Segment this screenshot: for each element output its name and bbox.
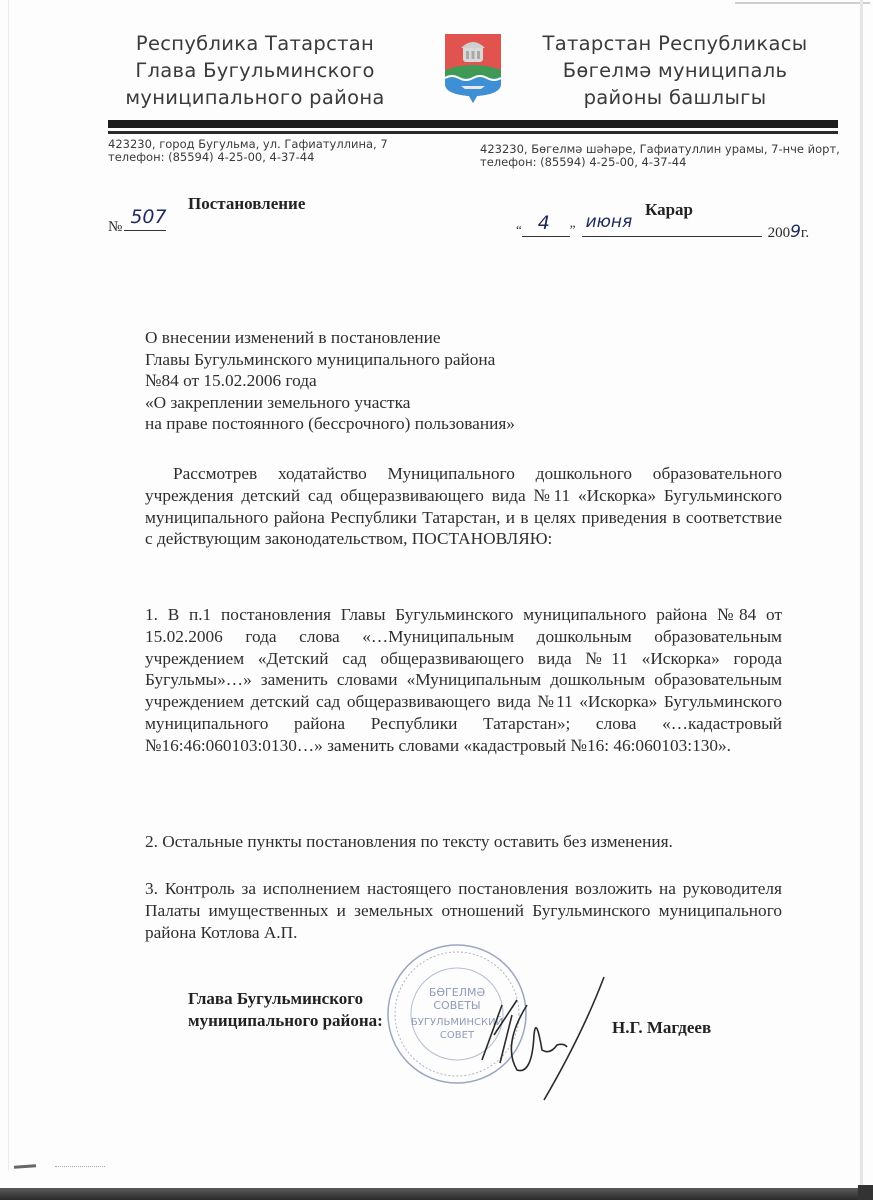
scan-border-right [860, 0, 863, 1190]
signatory-name: Н.Г. Магдеев [612, 1018, 711, 1038]
year-printed: 200 [768, 225, 791, 241]
letterhead-line: муниципального района [110, 84, 400, 111]
seal-text-line: СОВЕТ [440, 1030, 475, 1041]
clause-1: 1. В п.1 постановления Главы Бугульминск… [145, 604, 782, 757]
address-line: 423230, город Бугульма, ул. Гафиатуллина… [108, 138, 388, 151]
signatory-title-line: Глава Бугульминского [188, 988, 383, 1010]
letterhead-line: Бөгелмә муниципаль [525, 57, 825, 84]
letterhead-line: Глава Бугульминского [110, 57, 400, 84]
address-tatar: 423230, Бөгелмә шәһәре, Гафиатуллин урам… [480, 143, 840, 168]
document-number: №507 [108, 214, 166, 236]
day-field: 4 [522, 222, 570, 237]
address-russian: 423230, город Бугульма, ул. Гафиатуллина… [108, 138, 388, 163]
letterhead-russian: Республика Татарстан Глава Бугульминског… [110, 30, 400, 111]
address-line: 423230, Бөгелмә шәһәре, Гафиатуллин урам… [480, 143, 840, 156]
resolution-title: О внесении изменений в постановление Гла… [145, 327, 515, 435]
scan-corner [858, 1185, 873, 1200]
document-type-tatar: Карар [645, 200, 693, 220]
month-handwritten: июня [586, 212, 633, 232]
header-rule-thin [108, 131, 838, 134]
letterhead-line: районы башлыгы [525, 84, 825, 111]
coat-of-arms-icon [443, 32, 503, 104]
number-sign: № [108, 219, 122, 235]
number-field: 507 [124, 214, 166, 231]
year-handwritten: 9 [790, 222, 801, 242]
scan-artifact [14, 1164, 36, 1169]
title-line: Главы Бугульминского муниципального райо… [145, 349, 515, 371]
title-line: «О закреплении земельного участка [145, 392, 515, 414]
clause-2: 2. Остальные пункты постановления по тек… [145, 831, 782, 853]
signatory-title-line: муниципального района: [188, 1010, 383, 1032]
number-handwritten: 507 [130, 206, 166, 228]
year-suffix: г. [801, 225, 809, 241]
title-line: на праве постоянного (бессрочного) польз… [145, 413, 515, 435]
title-line: О внесении изменений в постановление [145, 327, 515, 349]
clause-3: 3. Контроль за исполнением настоящего по… [145, 878, 782, 943]
signatory-title: Глава Бугульминского муниципального райо… [188, 988, 383, 1031]
scan-bottom-edge [0, 1188, 873, 1200]
address-line: телефон: (85594) 4-25-00, 4-37-44 [480, 156, 840, 169]
handwritten-signature-icon [472, 975, 612, 1105]
letterhead-line: Татарстан Республикасы [525, 30, 825, 57]
document-type-russian: Постановление [188, 194, 305, 214]
preamble-paragraph: Рассмотрев ходатайство Муниципального до… [145, 463, 782, 550]
letterhead-tatar: Татарстан Республикасы Бөгелмә муниципал… [525, 30, 825, 111]
day-handwritten: 4 [538, 212, 550, 234]
document-page: Республика Татарстан Глава Бугульминског… [0, 0, 873, 1200]
letterhead-line: Республика Татарстан [110, 30, 400, 57]
scan-border-top [735, 2, 870, 4]
scan-artifact [55, 1166, 105, 1168]
document-date: “4”июня2009г. [516, 222, 809, 242]
month-field: июня [582, 222, 762, 237]
close-quote: ” [570, 222, 576, 237]
header-rule-thick [108, 120, 838, 128]
scan-border-left [8, 0, 9, 1170]
title-line: №84 от 15.02.2006 года [145, 370, 515, 392]
address-line: телефон: (85594) 4-25-00, 4-37-44 [108, 151, 388, 164]
